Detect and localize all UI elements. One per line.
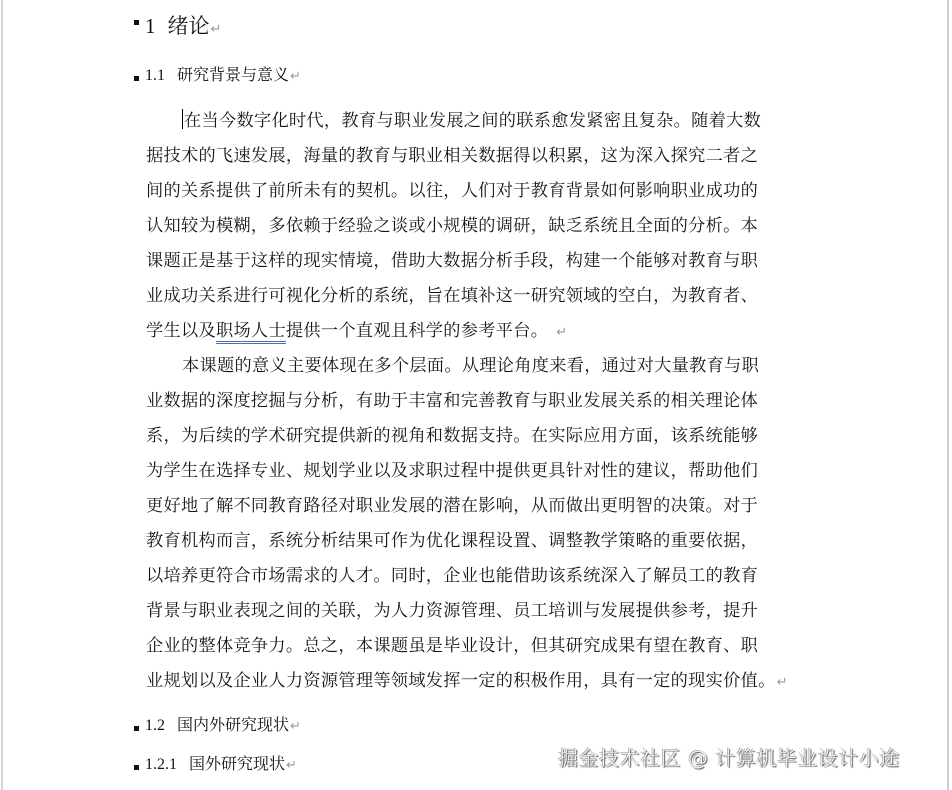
text-line: 学生以及职场人士提供一个直观且科学的参考平台。↵ [146,314,818,349]
heading-title: 研究背景与意义 [177,62,289,85]
text-cursor [182,109,183,129]
paragraph-mark-icon: ↵ [290,719,301,734]
text-line: 业数据的深度挖掘与分析，有助于丰富和完善教育与职业发展关系的相关理论体 [146,384,818,419]
heading-title: 绪论 [168,10,210,40]
paragraph-mark-icon: ↵ [556,325,567,340]
text-line: 业成功关系进行可视化分析的系统，旨在填补这一研究领域的空白，为教育者、 [146,279,818,314]
text-line: 更好地了解不同教育路径对职业发展的潜在影响，从而做出更明智的决策。对于 [146,489,818,524]
heading-title: 国内外研究现状 [177,712,289,735]
heading-title: 国外研究现状 [189,751,285,774]
list-marker-icon [134,76,139,81]
text-line: 企业的整体竞争力。总之，本课题虽是毕业设计，但其研究成果有望在教育、职 [146,629,818,664]
text-line: 在当今数字化时代，教育与职业发展之间的联系愈发紧密且复杂。随着大数 [146,104,818,139]
text-line: 为学生在选择专业、规划学业以及求职过程中提供更具针对性的建议，帮助他们 [146,454,818,489]
text-line: 间的关系提供了前所未有的契机。以往，人们对于教育背景如何影响职业成功的 [146,174,818,209]
text-line: 据技术的飞速发展，海量的教育与职业相关数据得以积累，这为深入探究二者之 [146,139,818,174]
paragraph-mark-icon: ↵ [286,758,297,773]
heading-1-2-1-foreign-status[interactable]: 1.2.1 国外研究现状 ↵ [134,751,297,774]
heading-number: 1 [145,14,156,39]
text-line: 教育机构而言，系统分析结果可作为优化课程设置、调整教学策略的重要依据， [146,524,818,559]
paragraph-background[interactable]: 在当今数字化时代，教育与职业发展之间的联系愈发紧密且复杂。随着大数 据技术的飞速… [146,104,818,349]
text-line: 业规划以及企业人力资源管理等领域发挥一定的积极作用，具有一定的现实价值。↵ [146,664,818,699]
text-line: 本课题的意义主要体现在多个层面。从理论角度来看，通过对大量教育与职 [146,349,818,384]
paragraph-mark-icon: ↵ [211,22,222,37]
text-line: 背景与职业表现之间的关联，为人力资源管理、员工培训与发展提供参考，提升 [146,594,818,629]
list-marker-icon [134,726,139,731]
page-edge-left [1,0,3,790]
text-line: 课题正是基于这样的现实情境，借助大数据分析手段，构建一个能够对教育与职 [146,244,818,279]
list-marker-icon [134,765,139,770]
watermark: 掘金技术社区 @ 计算机毕业设计小途 [558,742,900,771]
page-edge-right [947,0,949,790]
heading-1-1-background[interactable]: 1.1 研究背景与意义 ↵ [134,62,301,85]
text-line: 系，为后续的学术研究提供新的视角和数据支持。在实际应用方面，该系统能够 [146,419,818,454]
paragraph-mark-icon: ↵ [290,69,301,84]
heading-1-2-research-status[interactable]: 1.2 国内外研究现状 ↵ [134,712,301,735]
heading-1-introduction[interactable]: 1 绪论 ↵ [134,10,221,40]
text-line: 认知较为模糊，多依赖于经验之谈或小规模的调研，缺乏系统且全面的分析。本 [146,209,818,244]
paragraph-significance[interactable]: 本课题的意义主要体现在多个层面。从理论角度来看，通过对大量教育与职 业数据的深度… [146,349,818,699]
paragraph-mark-icon: ↵ [777,675,788,690]
list-marker-icon [134,20,139,25]
heading-number: 1.2 [145,717,165,735]
text-line: 以培养更符合市场需求的人才。同时，企业也能借助该系统深入了解员工的教育 [146,559,818,594]
heading-number: 1.1 [145,67,165,85]
heading-number: 1.2.1 [145,756,177,774]
grammar-underline-word[interactable]: 职场人士 [216,321,286,344]
